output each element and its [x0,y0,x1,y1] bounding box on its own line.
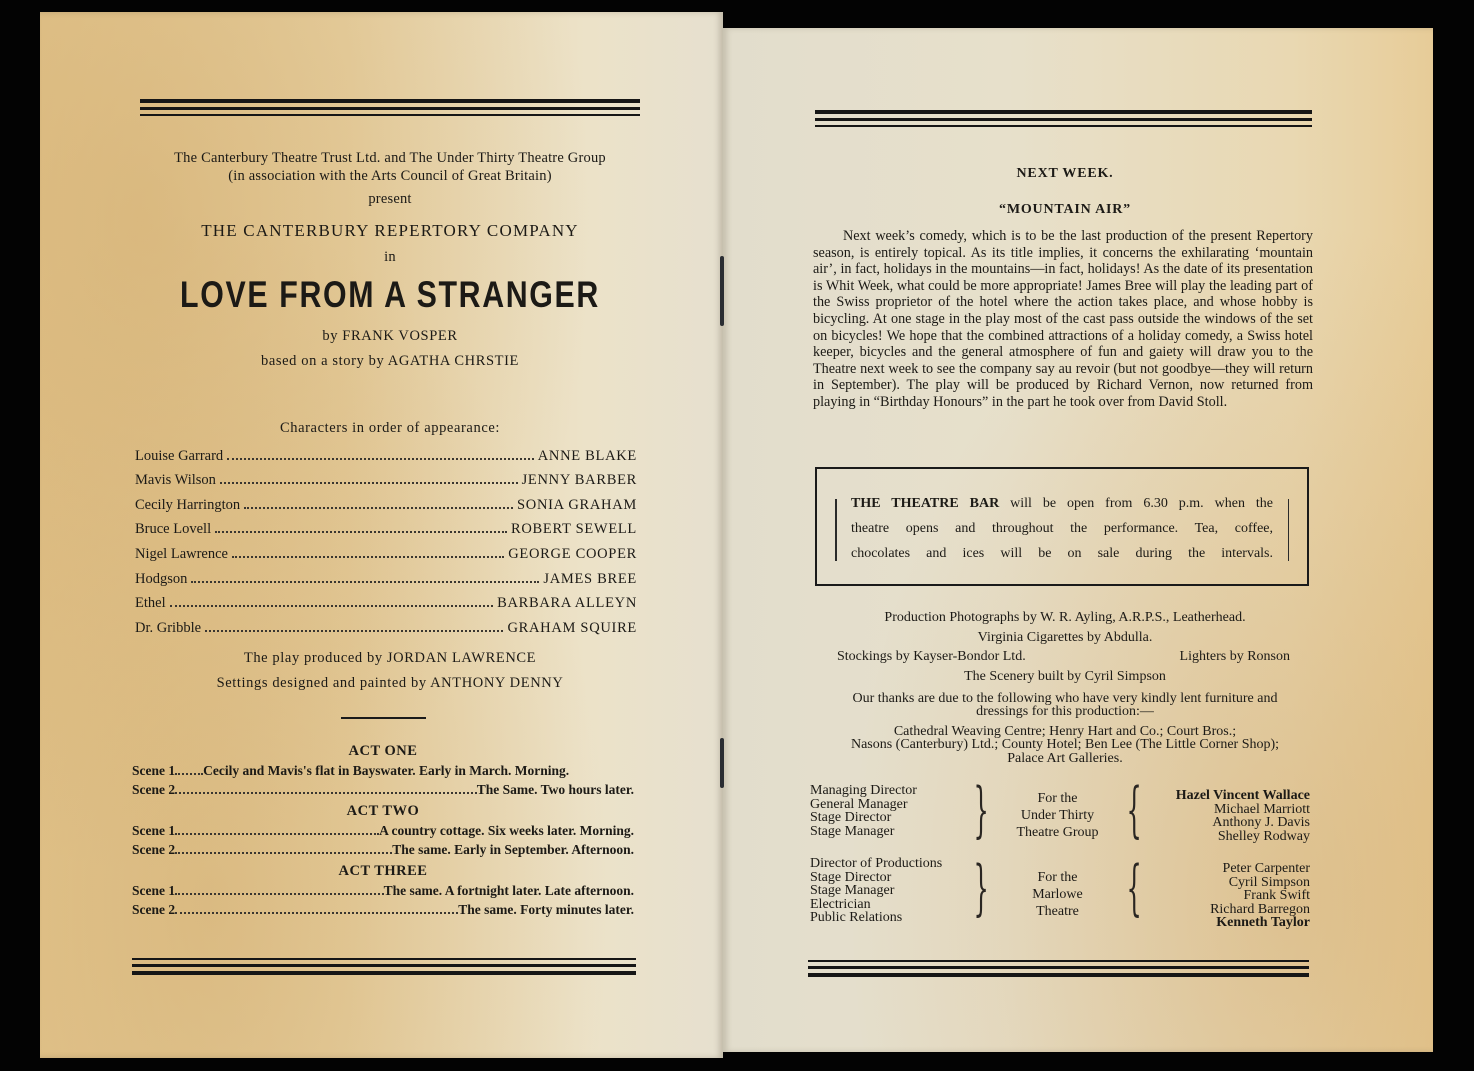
leader-dots [220,482,518,484]
scene-row: Scene 2The same. Forty minutes later. [132,899,634,918]
staple-top [720,256,724,326]
actor-name: GRAHAM SQUIRE [503,620,637,637]
left-bottom-rule [132,958,636,979]
leader-dots [191,581,539,583]
character-name: Bruce Lovell [135,521,215,538]
leader-dots [175,852,392,854]
scene-description: The same. Early in September. Afternoon. [392,842,634,858]
lenders-line-1: Cathedral Weaving Centre; Henry Hart and… [800,725,1330,739]
next-week-paragraph: Next week’s comedy, which is to be the l… [813,228,1313,411]
character-name: Nigel Lawrence [135,546,232,563]
based-on-line: based on a story by AGATHA CHRSTIE [120,353,660,370]
theatre-bar-box: THE THEATRE BAR will be open from 6.30 p… [815,467,1309,586]
scene-row: Scene 2The Same. Two hours later. [132,779,634,798]
next-play-title: “MOUNTAIN AIR” [800,202,1330,218]
scene-description: The same. Forty minutes later. [458,902,634,918]
staff-role: General Manager [810,798,980,812]
act-heading: ACT THREE [132,863,634,880]
left-top-rule [140,99,640,120]
right-brace-icon: } [973,858,988,918]
scene-row: Scene 1A country cottage. Six weeks late… [132,820,634,839]
scene-description: The same. A fortnight later. Late aftern… [384,883,634,899]
staff-org-group-1: For the Under Thirty Theatre Group [1000,790,1115,841]
scene-description: Cecily and Mavis's flat in Bayswater. Ea… [203,763,569,779]
acknowledgements: Production Photographs by W. R. Ayling, … [800,610,1330,765]
presenters-line-1: The Canterbury Theatre Trust Ltd. and Th… [120,150,660,167]
staff-name: Richard Barregon [1140,903,1310,917]
box-side-rule-left [835,499,837,561]
cast-row: EthelBARBARA ALLEYN [135,588,637,613]
staff-role: Stage Manager [810,825,980,839]
character-name: Hodgson [135,571,191,588]
theatre-bar-text: THE THEATRE BAR will be open from 6.30 p… [851,491,1273,566]
producer-line: The play produced by JORDAN LAWRENCE [120,650,660,667]
leader-dots [205,630,503,632]
theatre-bar-lead: THE THEATRE BAR [851,496,999,511]
staff-name: Peter Carpenter [1140,862,1310,876]
staff-names-group-2: Peter Carpenter Cyril Simpson Frank Swif… [1140,862,1310,930]
box-side-rule-right [1288,499,1290,561]
staff-name: Hazel Vincent Wallace [1140,789,1310,803]
cast-row: Cecily HarringtonSONIA GRAHAM [135,489,637,514]
org-line: For the [1000,869,1115,886]
lenders-line-3: Palace Art Galleries. [800,752,1330,766]
staff-name: Shelley Rodway [1140,830,1310,844]
leader-dots [175,833,379,835]
staff-org-group-2: For the Marlowe Theatre [1000,869,1115,920]
staff-role: Electrician [810,898,980,912]
acts-section: ACT ONE Scene 1Cecily and Mavis's flat i… [132,743,634,918]
scene-label: Scene 1 [132,763,175,779]
cigarettes-credit: Virginia Cigarettes by Abdulla. [800,630,1330,650]
character-name: Ethel [135,595,170,612]
theatre-bar-line3: chocolates and ices will be on sale duri… [851,541,1273,566]
in-label: in [120,249,660,266]
act-heading: ACT ONE [132,743,634,760]
actor-name: GEORGE COOPER [504,546,637,563]
stockings-lighters-row: Stockings by Kayser-Bondor Ltd. Lighters… [800,649,1330,669]
theatre-bar-line1: will be open from 6.30 p.m. when the [999,496,1273,511]
thanks-line-2: dressings for this production:— [800,705,1330,719]
actor-name: BARBARA ALLEYN [493,595,637,612]
character-name: Cecily Harrington [135,497,244,514]
staff-roles-group-2: Director of Productions Stage Director S… [810,857,980,925]
company-name: THE CANTERBURY REPERTORY COMPANY [120,221,660,241]
characters-heading: Characters in order of appearance: [120,420,660,437]
scene-label: Scene 2 [132,842,175,858]
leader-dots [175,912,458,914]
photographs-credit: Production Photographs by W. R. Ayling, … [800,610,1330,630]
org-line: Theatre Group [1000,824,1115,841]
scene-row: Scene 1Cecily and Mavis's flat in Bayswa… [132,760,634,779]
staff-role: Stage Manager [810,884,980,898]
scene-label: Scene 2 [132,782,175,798]
org-line: Under Thirty [1000,807,1115,824]
character-name: Mavis Wilson [135,472,220,489]
right-top-rule [815,110,1312,131]
leader-dots [227,458,534,460]
staff-roles-group-1: Managing Director General Manager Stage … [810,784,980,838]
cast-list: Louise GarrardANNE BLAKE Mavis WilsonJEN… [135,440,637,637]
leader-dots [232,556,504,558]
staff-name: Michael Marriott [1140,803,1310,817]
character-name: Louise Garrard [135,448,227,465]
section-divider [341,717,426,719]
leader-dots [175,893,384,895]
leader-dots [215,531,507,533]
actor-name: SONIA GRAHAM [513,497,637,514]
leader-dots [244,507,513,509]
cast-row: Bruce LovellROBERT SEWELL [135,514,637,539]
theatre-bar-line2: theatre opens and throughout the perform… [851,516,1273,541]
scene-label: Scene 1 [132,883,175,899]
staff-name: Kenneth Taylor [1140,916,1310,930]
lighters-credit: Lighters by Ronson [1180,649,1290,669]
cast-row: Louise GarrardANNE BLAKE [135,440,637,465]
actor-name: ANNE BLAKE [534,448,637,465]
staff-role: Stage Director [810,811,980,825]
character-name: Dr. Gribble [135,620,205,637]
lenders-line-2: Nasons (Canterbury) Ltd.; County Hotel; … [800,738,1330,752]
scene-label: Scene 1 [132,823,175,839]
staff-role: Public Relations [810,911,980,925]
scenery-credit: The Scenery built by Cyril Simpson [800,669,1330,692]
staff-role: Stage Director [810,871,980,885]
staff-name: Frank Swift [1140,889,1310,903]
presenters-line-2: (in association with the Arts Council of… [120,168,660,185]
actor-name: JAMES BREE [539,571,637,588]
thanks-line-1: Our thanks are due to the following who … [800,692,1330,706]
scene-row: Scene 1The same. A fortnight later. Late… [132,880,634,899]
scene-description: A country cottage. Six weeks later. Morn… [379,823,634,839]
play-title: LOVE FROM A STRANGER [152,274,628,316]
staff-role: Managing Director [810,784,980,798]
actor-name: ROBERT SEWELL [507,521,637,538]
cast-row: Mavis WilsonJENNY BARBER [135,465,637,490]
org-line: Theatre [1000,903,1115,920]
right-bottom-rule [808,960,1309,981]
presenters-block: The Canterbury Theatre Trust Ltd. and Th… [120,150,660,208]
scene-row: Scene 2The same. Early in September. Aft… [132,839,634,858]
leader-dots [175,792,477,794]
act-heading: ACT TWO [132,803,634,820]
scene-label: Scene 2 [132,902,175,918]
org-line: Marlowe [1000,886,1115,903]
cast-row: HodgsonJAMES BREE [135,563,637,588]
staff-names-group-1: Hazel Vincent Wallace Michael Marriott A… [1140,789,1310,843]
present-label: present [120,191,660,208]
settings-line: Settings designed and painted by ANTHONY… [120,675,660,692]
staff-name: Anthony J. Davis [1140,816,1310,830]
staple-bottom [720,738,724,788]
scene-description: The Same. Two hours later. [477,782,634,798]
stockings-credit: Stockings by Kayser-Bondor Ltd. [837,649,1026,669]
staff-role: Director of Productions [810,857,980,871]
staff-name: Cyril Simpson [1140,876,1310,890]
cast-row: Dr. GribbleGRAHAM SQUIRE [135,612,637,637]
cast-row: Nigel LawrenceGEORGE COOPER [135,538,637,563]
actor-name: JENNY BARBER [518,472,637,489]
next-week-heading: NEXT WEEK. [800,166,1330,182]
leader-dots [175,773,203,775]
leader-dots [170,605,493,607]
right-brace-icon: } [973,780,988,840]
org-line: For the [1000,790,1115,807]
author-line: by FRANK VOSPER [120,328,660,345]
